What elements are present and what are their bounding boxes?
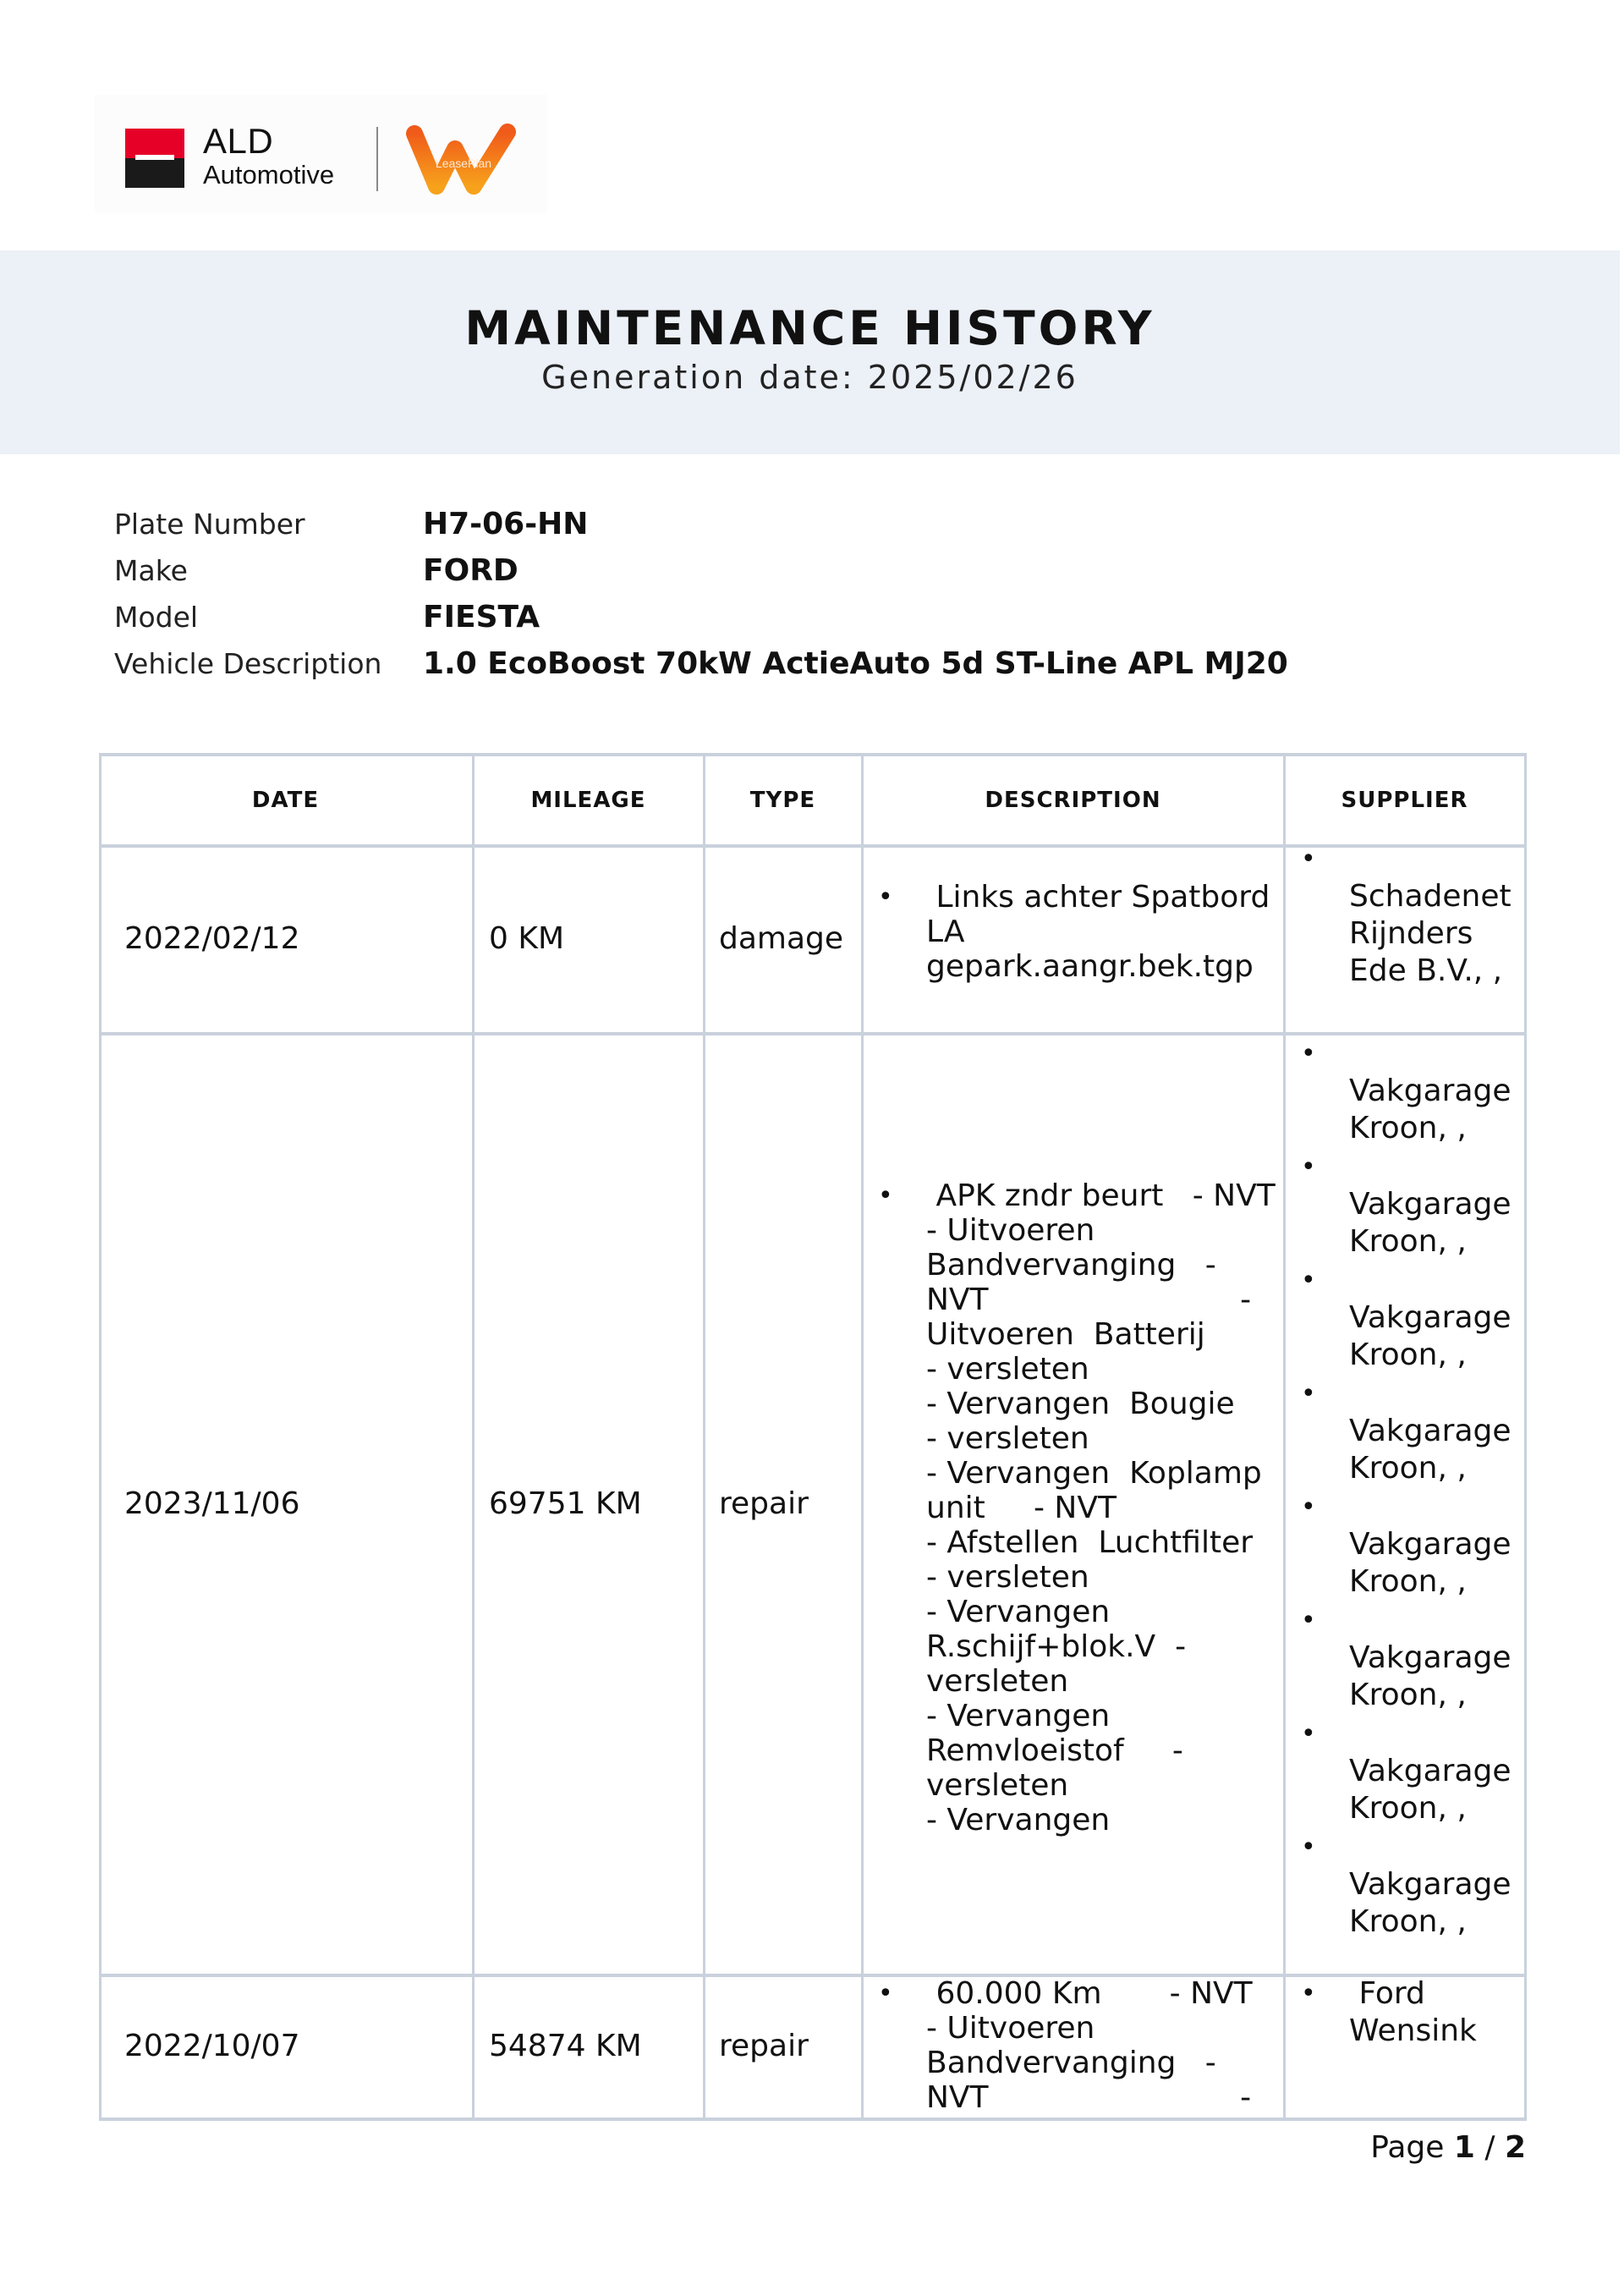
supplier-line: Kroon, , xyxy=(1349,1904,1467,1939)
description-line: - Afstellen Luchtfilter xyxy=(926,1525,1253,1560)
vehicle-description-value: 1.0 EcoBoost 70kW ActieAuto 5d ST-Line A… xyxy=(423,647,1288,681)
supplier-line: Kroon, , xyxy=(1349,1338,1467,1372)
ald-logo-icon xyxy=(125,129,184,188)
page-prefix: Page xyxy=(1370,2130,1454,2165)
description-line: - Vervangen Koplamp xyxy=(926,1456,1262,1491)
description-line: - Uitvoeren xyxy=(926,1213,1095,1248)
description-line: - Vervangen Bougie xyxy=(926,1387,1235,1421)
supplier-line: Vakgarage xyxy=(1349,1527,1512,1562)
description-line: - Vervangen xyxy=(926,1699,1110,1733)
description-line: Bandvervanging - xyxy=(926,2046,1216,2080)
description-line: LA xyxy=(926,915,965,949)
description-line: 60.000 Km - NVT xyxy=(926,1976,1253,2011)
bullet-icon: • xyxy=(1301,1976,1316,2012)
cell-mileage: 54874 KM xyxy=(489,2029,642,2064)
supplier-line: Vakgarage xyxy=(1349,1300,1512,1335)
cell-type: repair xyxy=(719,1486,809,1522)
supplier-line: Vakgarage xyxy=(1349,1867,1512,1902)
model-value: FIESTA xyxy=(423,601,540,634)
plate-number-value: H7-06-HN xyxy=(423,508,588,541)
bullet-icon: • xyxy=(1301,1036,1316,1072)
vehicle-description-label: Vehicle Description xyxy=(114,647,381,681)
bullet-icon: • xyxy=(1301,1490,1316,1525)
description-line: gepark.aangr.bek.tgp xyxy=(926,949,1254,984)
logo-ald-text: ALD xyxy=(203,124,273,159)
bullet-icon: • xyxy=(1301,1263,1316,1299)
page-title: MAINTENANCE HISTORY xyxy=(0,303,1620,354)
column-header-date: DATE xyxy=(99,787,472,814)
table-border-top xyxy=(99,753,1527,756)
description-line: versleten xyxy=(926,1664,1068,1699)
column-divider xyxy=(1283,753,1286,2121)
cell-type: repair xyxy=(719,2029,809,2064)
supplier-line: Vakgarage xyxy=(1349,1074,1512,1108)
supplier-line: Vakgarage xyxy=(1349,1754,1512,1788)
table-border-right xyxy=(1524,753,1527,2121)
description-line: - Uitvoeren xyxy=(926,2011,1095,2046)
leaseplan-logo-icon: LeasePlan xyxy=(403,124,521,200)
supplier-line: Rijnders xyxy=(1349,916,1473,951)
bullet-icon: • xyxy=(1301,1376,1316,1412)
bullet-icon: • xyxy=(1301,1150,1316,1185)
bullet-icon: • xyxy=(1301,1717,1316,1752)
cell-date: 2022/10/07 xyxy=(124,2029,300,2064)
current-page: 1 xyxy=(1454,2130,1475,2165)
supplier-line: Kroon, , xyxy=(1349,1451,1467,1486)
description-line: unit - NVT xyxy=(926,1491,1116,1525)
bullet-icon: • xyxy=(878,1976,893,2012)
supplier-line: Wensink xyxy=(1349,2013,1477,2048)
description-line: - versleten xyxy=(926,1352,1089,1387)
table-border-bottom xyxy=(99,2117,1527,2121)
cell-mileage: 0 KM xyxy=(489,921,564,957)
supplier-line: Vakgarage xyxy=(1349,1187,1512,1222)
supplier-line: Vakgarage xyxy=(1349,1414,1512,1448)
supplier-line: Kroon, , xyxy=(1349,1111,1467,1145)
supplier-line: Kroon, , xyxy=(1349,1678,1467,1712)
total-pages: 2 xyxy=(1505,2130,1526,2165)
bullet-icon: • xyxy=(1301,1603,1316,1639)
column-header-mileage: MILEAGE xyxy=(474,787,703,814)
cell-date: 2022/02/12 xyxy=(124,921,300,957)
description-line: Remvloeistof - xyxy=(926,1733,1183,1768)
column-divider xyxy=(703,753,705,2121)
cell-type: damage xyxy=(719,921,843,957)
table-row-divider xyxy=(99,1032,1527,1035)
cell-mileage: 69751 KM xyxy=(489,1486,642,1522)
page-indicator: Page 1 / 2 xyxy=(1370,2129,1526,2167)
description-line: - Vervangen xyxy=(926,1595,1110,1629)
bullet-icon: • xyxy=(878,1178,893,1214)
supplier-line: Vakgarage xyxy=(1349,1640,1512,1675)
page-separator: / xyxy=(1475,2130,1505,2165)
svg-text:LeasePlan: LeasePlan xyxy=(436,157,491,170)
supplier-line: Kroon, , xyxy=(1349,1224,1467,1259)
supplier-line: Kroon, , xyxy=(1349,1791,1467,1826)
make-label: Make xyxy=(114,554,188,588)
description-line: - versleten xyxy=(926,1421,1089,1456)
supplier-line: Ede B.V., , xyxy=(1349,953,1502,988)
logo-automotive-text: Automotive xyxy=(203,161,334,190)
description-line: Bandvervanging - xyxy=(926,1248,1216,1283)
description-line: versleten xyxy=(926,1768,1068,1803)
supplier-line: Ford xyxy=(1349,1976,1425,2011)
plate-number-label: Plate Number xyxy=(114,508,305,541)
bullet-icon: • xyxy=(878,880,893,915)
column-divider xyxy=(861,753,864,2121)
bullet-icon: • xyxy=(1301,1830,1316,1865)
description-line: APK zndr beurt - NVT xyxy=(926,1178,1276,1213)
description-line: Links achter Spatbord xyxy=(926,880,1270,915)
make-value: FORD xyxy=(423,554,518,588)
description-line: - Vervangen xyxy=(926,1803,1110,1837)
description-line: - versleten xyxy=(926,1560,1089,1595)
description-line: Uitvoeren Batterij xyxy=(926,1317,1205,1352)
description-line: NVT - xyxy=(926,1283,1251,1317)
logo-divider xyxy=(376,127,378,191)
generation-date: Generation date: 2025/02/26 xyxy=(0,359,1620,396)
column-header-type: TYPE xyxy=(705,787,861,814)
description-line: R.schijf+blok.V - xyxy=(926,1629,1186,1664)
cell-date: 2023/11/06 xyxy=(124,1486,300,1522)
column-header-supplier: SUPPLIER xyxy=(1285,787,1524,814)
model-label: Model xyxy=(114,601,198,634)
table-border-left xyxy=(99,753,101,2121)
description-line: NVT - xyxy=(926,2080,1251,2115)
column-header-description: DESCRIPTION xyxy=(863,787,1283,814)
column-divider xyxy=(472,753,475,2121)
supplier-line: Kroon, , xyxy=(1349,1564,1467,1599)
bullet-icon: • xyxy=(1301,842,1316,877)
supplier-line: Schadenet xyxy=(1349,879,1512,914)
